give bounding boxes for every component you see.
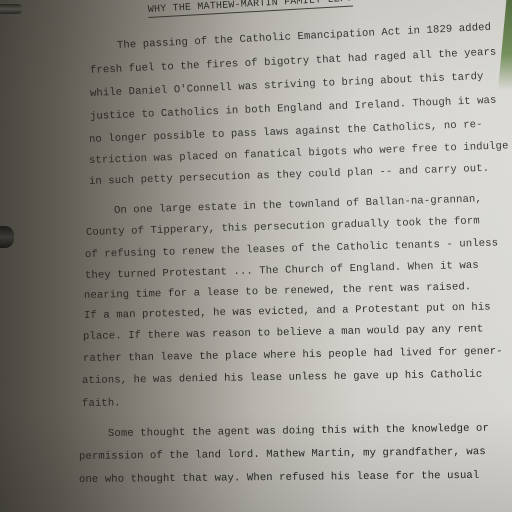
lighting-overlay	[0, 0, 512, 512]
